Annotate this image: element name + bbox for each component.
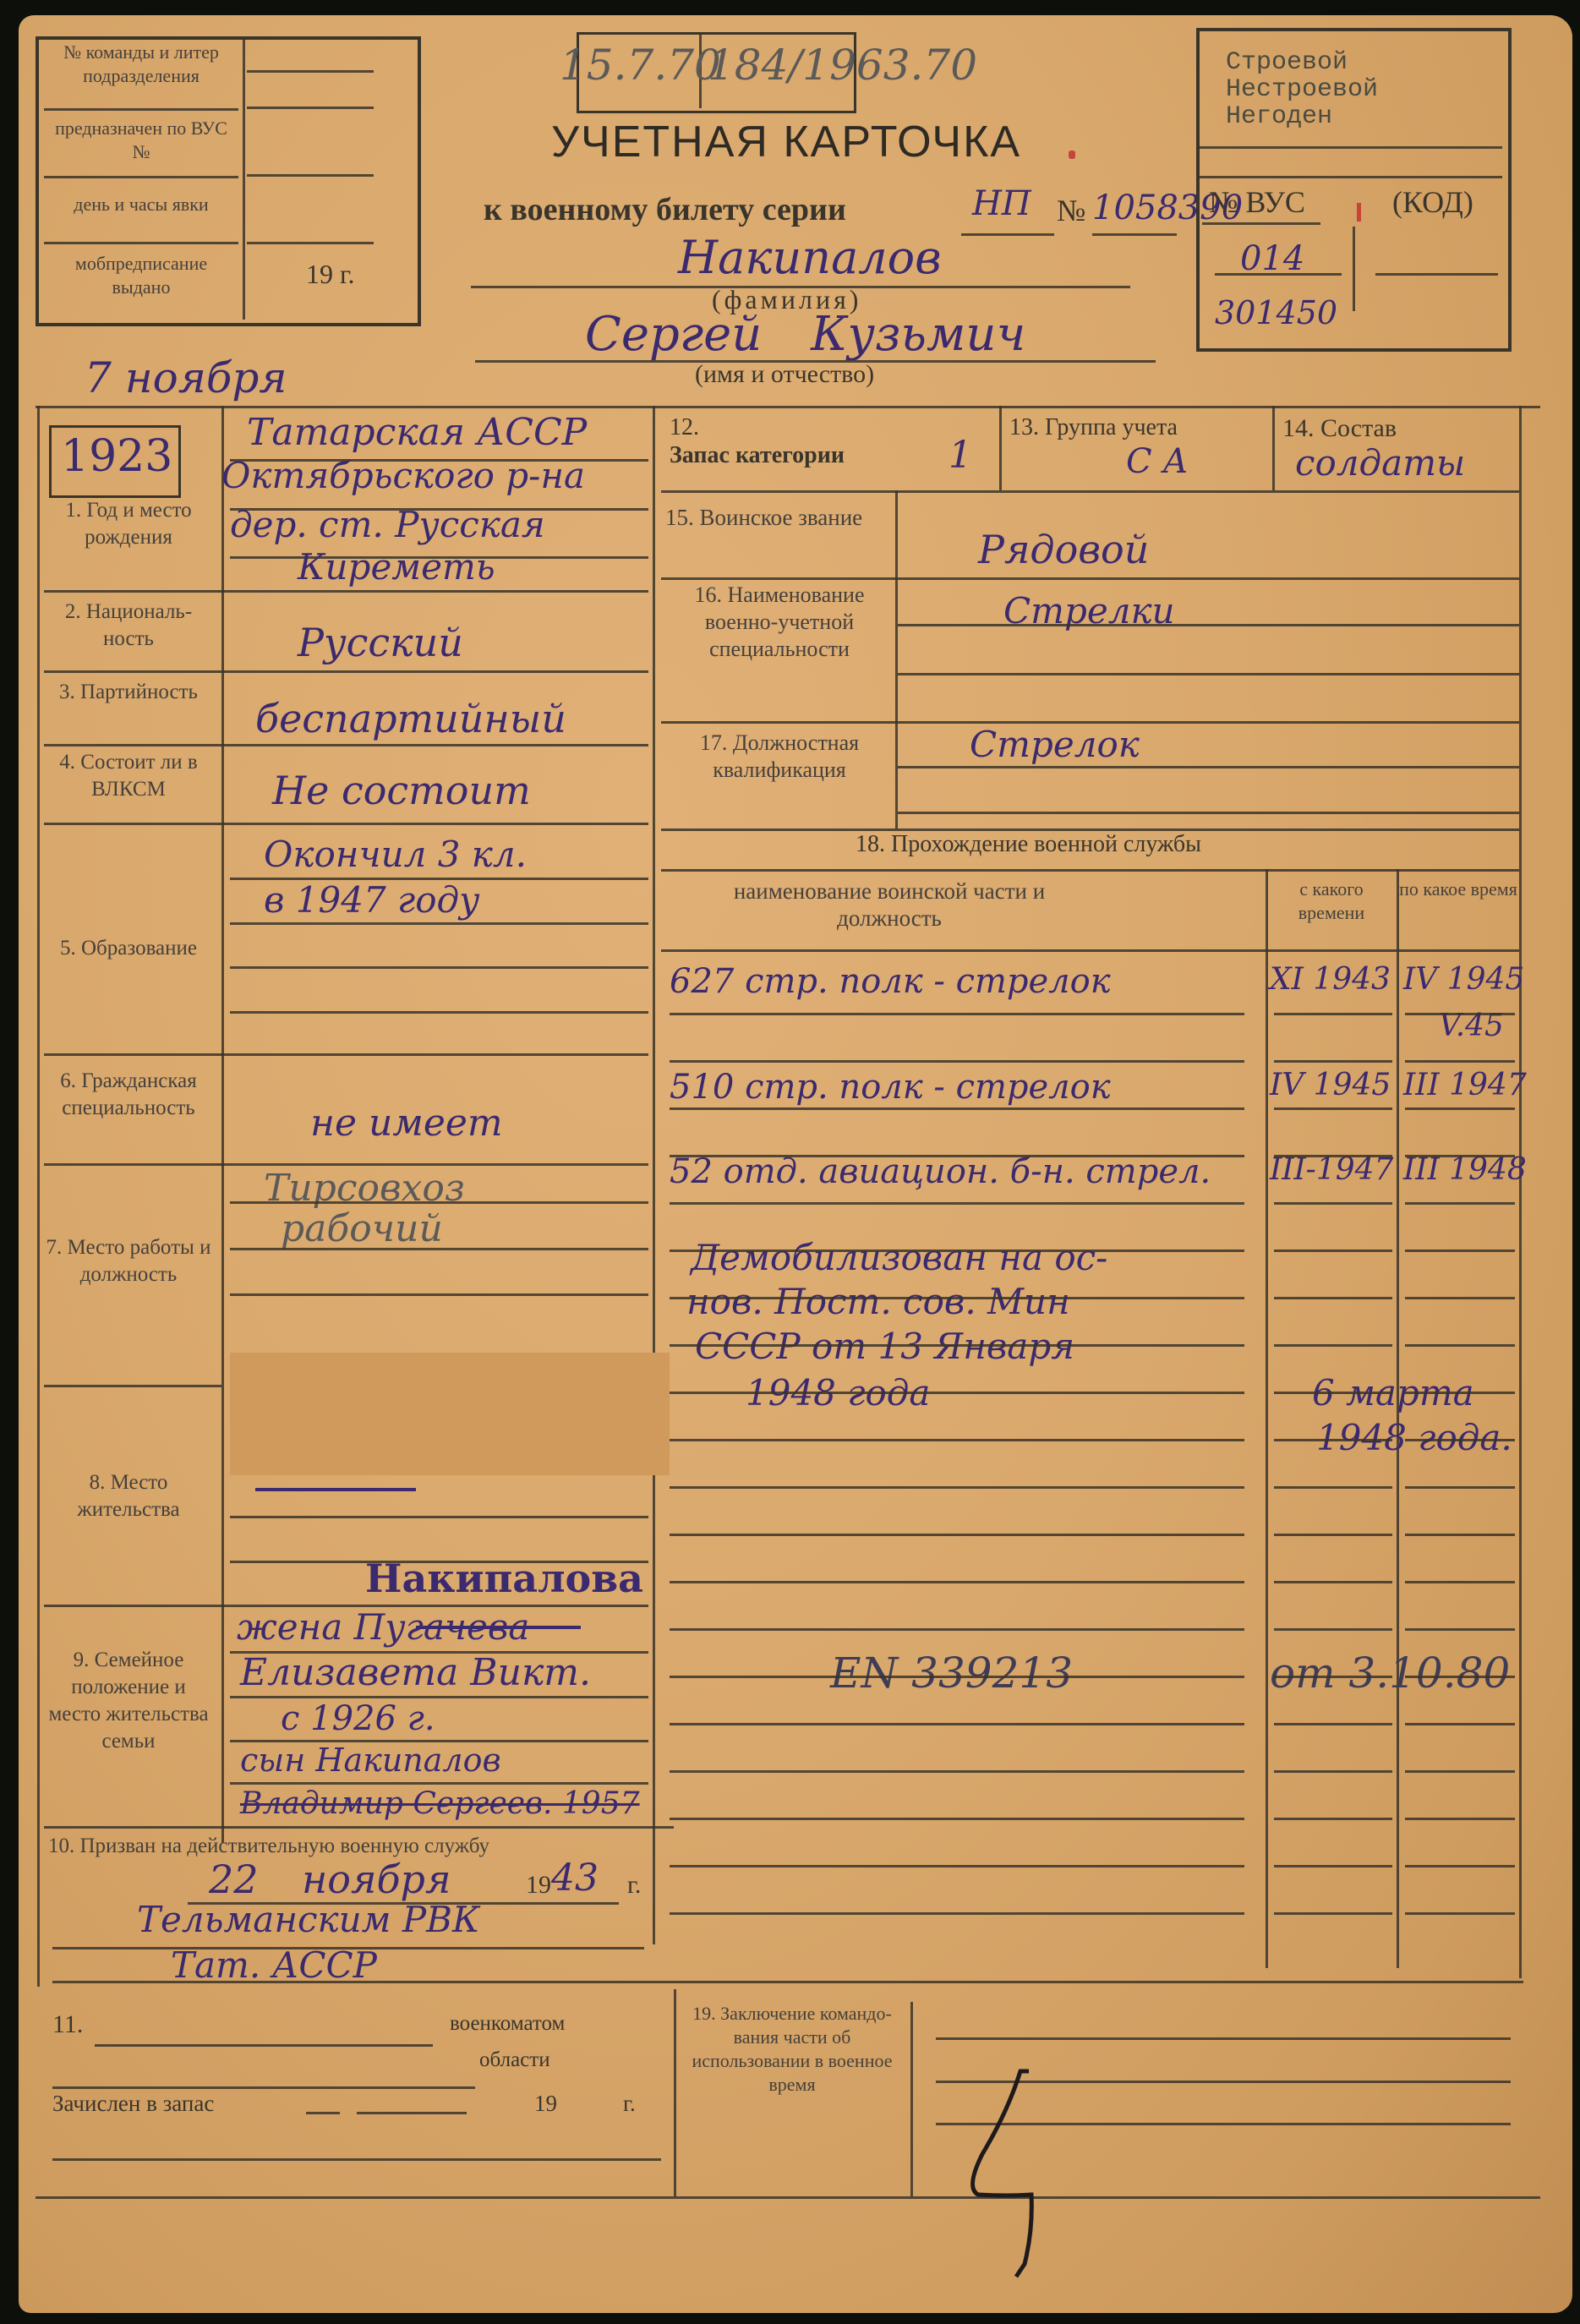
demob-line-1: Демобилизован на ос- xyxy=(691,1237,1107,1278)
ruled-line xyxy=(1274,1439,1392,1441)
ruled-line xyxy=(1274,1297,1392,1299)
ruled-line xyxy=(1405,1723,1515,1725)
ruled-line xyxy=(1405,1155,1515,1157)
label-rank: 15. Воинское звание xyxy=(665,504,885,531)
signature-squiggle xyxy=(949,2061,1050,2281)
service-row-unit: 510 стр. полк - стрелок xyxy=(670,1068,1111,1107)
ruled-line xyxy=(1274,1344,1392,1347)
service-row-to: IV 1945 xyxy=(1403,962,1524,997)
ruled-line xyxy=(670,1723,1244,1725)
ruled-line xyxy=(1405,1392,1515,1394)
label-party: 3. Партий­ность xyxy=(44,679,213,706)
demob-line-2: нов. Пост. сов. Мин xyxy=(686,1281,1070,1322)
ticket-series: НП xyxy=(972,184,1031,223)
ruled-line xyxy=(670,1676,1244,1678)
ruled-line xyxy=(1274,1723,1392,1725)
ruled-line xyxy=(1274,1013,1392,1015)
ruled-line xyxy=(670,1392,1244,1394)
ruled-line xyxy=(1274,1534,1392,1536)
label-composition: 14. Состав xyxy=(1282,414,1397,443)
label-nationality: 2. Националь­ность xyxy=(44,599,213,653)
ruled-line xyxy=(1405,1297,1515,1299)
birth-day-month: 7 ноября xyxy=(85,353,287,402)
ruled-line xyxy=(670,1912,1244,1915)
drafted-by-1: Тельманским РВК xyxy=(137,1899,479,1940)
ruled-line xyxy=(670,1297,1244,1299)
ruled-line xyxy=(670,1818,1244,1820)
drafted-month: ноября xyxy=(302,1856,451,1902)
ruled-line xyxy=(1405,1912,1515,1915)
drafted-year: 43 xyxy=(551,1856,599,1900)
vus-label: № ВУС xyxy=(1209,184,1305,220)
label-conclusion: 19. Заключе­ние командо­вания части об и… xyxy=(682,2002,902,2097)
ruled-line xyxy=(670,1581,1244,1583)
ruled-line xyxy=(1405,1249,1515,1252)
drafted-by-2: Тат. АССР xyxy=(171,1944,377,1986)
ruled-line xyxy=(1274,1628,1392,1631)
label-education: 5. Образо­вание xyxy=(44,935,213,962)
ruled-line xyxy=(1405,1865,1515,1867)
account-group: С А xyxy=(1126,442,1189,481)
ruled-line xyxy=(1274,1865,1392,1867)
ruled-line xyxy=(670,1013,1244,1015)
drafted-day: 22 xyxy=(209,1856,259,1902)
stamp-number: 184/1963.70 xyxy=(708,41,977,90)
family-wife-born: с 1926 г. xyxy=(281,1699,435,1738)
nationality: Русский xyxy=(298,620,463,665)
ruled-line xyxy=(1405,1202,1515,1205)
fitness-line-3: Негоден xyxy=(1226,103,1378,130)
ruled-line xyxy=(1405,1534,1515,1536)
family-wife-name: Елизавета Викт. xyxy=(240,1651,591,1694)
komsomol: Не состоит xyxy=(272,768,531,813)
service-row-from: III-1947 xyxy=(1270,1152,1393,1187)
ruled-line xyxy=(670,1865,1244,1867)
ruled-line xyxy=(1405,1060,1515,1063)
ticket-number-label: № xyxy=(1057,193,1085,228)
civil-specialty: не имеет xyxy=(310,1102,503,1145)
surname: Накипалов xyxy=(678,231,942,284)
ruled-line xyxy=(670,1249,1244,1252)
family-son-name: Владимир Сергеев. 1957 xyxy=(240,1786,640,1821)
fitness-line-1: Строевой xyxy=(1226,49,1378,76)
label-vus-assigned: предназначен по ВУС № xyxy=(52,117,230,164)
service-title: 18. Прохождение военной службы xyxy=(856,831,1201,858)
given-names: Сергей Кузьмич xyxy=(585,307,1025,362)
col-unit: наименование воинской части и должность xyxy=(720,878,1058,932)
ruled-line xyxy=(670,1202,1244,1205)
ruled-line xyxy=(670,1486,1244,1489)
enrolled-year: 19 xyxy=(534,2091,557,2117)
drafted-year-suffix: г. xyxy=(627,1871,641,1900)
ruled-line xyxy=(670,1534,1244,1536)
region-label: области xyxy=(479,2048,550,2072)
ruled-line xyxy=(1274,1486,1392,1489)
label-residence: 8. Место жительства xyxy=(44,1469,213,1523)
education-line-2: в 1947 году xyxy=(264,879,480,921)
ruled-line xyxy=(670,1628,1244,1631)
education-line-1: Окончил 3 кл. xyxy=(264,834,527,875)
ruled-line xyxy=(1274,1155,1392,1157)
birth-place-2: Октябрьского р-на xyxy=(221,455,585,496)
ruled-line xyxy=(670,1344,1244,1347)
rank: Рядовой xyxy=(978,527,1149,572)
family-surname: Накипалова xyxy=(365,1556,643,1601)
service-row-from: XI 1943 xyxy=(1270,962,1391,997)
ruled-line xyxy=(1405,1486,1515,1489)
label-civil-specialty: 6. Граждан­ская специ­альность xyxy=(44,1068,213,1122)
label-11: 11. xyxy=(52,2010,83,2039)
stamp-date: 15.7.70 xyxy=(560,41,721,90)
label-report-time: день и часы явки xyxy=(52,193,230,216)
fitness-line-2: Нестроевой xyxy=(1226,76,1378,103)
label-specialty: 16. Наименова­ние военно-учетной специал… xyxy=(665,582,894,663)
ruled-line xyxy=(1405,1013,1515,1015)
ruled-line xyxy=(1405,1818,1515,1820)
birth-place-4: Киреметь xyxy=(298,546,495,588)
label-workplace: 7. Место работы и должность xyxy=(44,1234,213,1288)
ruled-line xyxy=(1405,1581,1515,1583)
ruled-line xyxy=(1274,1818,1392,1820)
ruled-line xyxy=(1274,1060,1392,1063)
ruled-line xyxy=(1274,1107,1392,1110)
given-names-caption: (имя и отчество) xyxy=(695,360,874,389)
col-to: по какое время xyxy=(1399,878,1517,901)
ruled-line xyxy=(1405,1107,1515,1110)
ruled-line xyxy=(1274,1912,1392,1915)
label-team-number: № команды и литер подразделения xyxy=(52,41,230,88)
composition: солдаты xyxy=(1295,442,1465,484)
mob-order-year: 19 г. xyxy=(306,259,355,290)
label-mob-order: мобпредписание выдано xyxy=(52,252,230,299)
ticket-prefix: к военному билету серии xyxy=(484,191,846,228)
vus-code: 301450 xyxy=(1215,294,1337,331)
ruled-line xyxy=(1274,1770,1392,1773)
registration-card: № команды и литер подразделения предназн… xyxy=(19,15,1572,2313)
ruled-line xyxy=(1274,1581,1392,1583)
ruled-line xyxy=(1405,1676,1515,1678)
ruled-line xyxy=(670,1155,1244,1157)
code-label: (КОД) xyxy=(1392,184,1473,220)
fitness-stamp: Строевой Нестроевой Негоден xyxy=(1226,49,1378,130)
service-row-unit: 627 стр. полк - стрелок xyxy=(670,962,1111,1001)
label-family: 9. Семейное положение и место жительства… xyxy=(44,1647,213,1755)
ruled-line xyxy=(670,1060,1244,1063)
residence-struck xyxy=(255,1488,416,1491)
service-row-to: III 1948 xyxy=(1403,1152,1527,1187)
ruled-line xyxy=(670,1107,1244,1110)
col-from: с какого времени xyxy=(1268,878,1395,925)
service-row-unit: 52 отд. авиацион. б-н. стрел. xyxy=(670,1152,1211,1191)
label-birth: 1. Год и место рождения xyxy=(44,497,213,551)
label-12-num: 12. xyxy=(670,414,699,441)
later-record-date: от 3.10.80 xyxy=(1270,1649,1510,1698)
qualification: Стрелок xyxy=(970,724,1140,765)
ruled-line xyxy=(1274,1392,1392,1394)
ruled-line xyxy=(1405,1344,1515,1347)
demob-date-2: 1948 года. xyxy=(1316,1417,1512,1458)
enrolled-g: г. xyxy=(623,2091,636,2117)
birth-place-1: Татарская АССР xyxy=(247,411,587,454)
ruled-line xyxy=(1405,1628,1515,1631)
service-row-to: III 1947 xyxy=(1403,1068,1527,1102)
ruled-line xyxy=(1274,1249,1392,1252)
drafted-year-prefix: 19 xyxy=(526,1871,551,1900)
ruled-line xyxy=(670,1439,1244,1441)
label-reserve-category: Запас категории xyxy=(670,442,845,469)
card-title: УЧЕТНАЯ КАРТОЧКА xyxy=(551,117,1021,167)
ruled-line xyxy=(1274,1202,1392,1205)
ruled-line xyxy=(1405,1439,1515,1441)
birth-place-3: дер. ст. Русская xyxy=(230,504,545,545)
service-row-from: IV 1945 xyxy=(1270,1068,1391,1102)
commissariat-label: военкоматом xyxy=(450,2012,565,2036)
label-qualification: 17. Должностная квалификация xyxy=(665,730,894,784)
ruled-line xyxy=(1274,1676,1392,1678)
label-komsomol: 4. Состоит ли в ВЛКСМ xyxy=(44,749,213,803)
later-record-number: ЕN 339213 xyxy=(830,1649,1073,1698)
reserve-category: 1 xyxy=(949,434,972,477)
ruled-line xyxy=(1405,1770,1515,1773)
party: беспартийный xyxy=(255,696,566,741)
workplace-line-2: рабочий xyxy=(281,1207,443,1250)
redacted-area xyxy=(230,1353,670,1475)
family-son: сын Накипалов xyxy=(240,1742,501,1779)
label-account-group: 13. Группа учета xyxy=(1009,414,1178,441)
birth-year: 1923 xyxy=(61,431,172,482)
enrolled-reserve-label: Зачислен в запас xyxy=(52,2091,214,2117)
ruled-line xyxy=(670,1770,1244,1773)
